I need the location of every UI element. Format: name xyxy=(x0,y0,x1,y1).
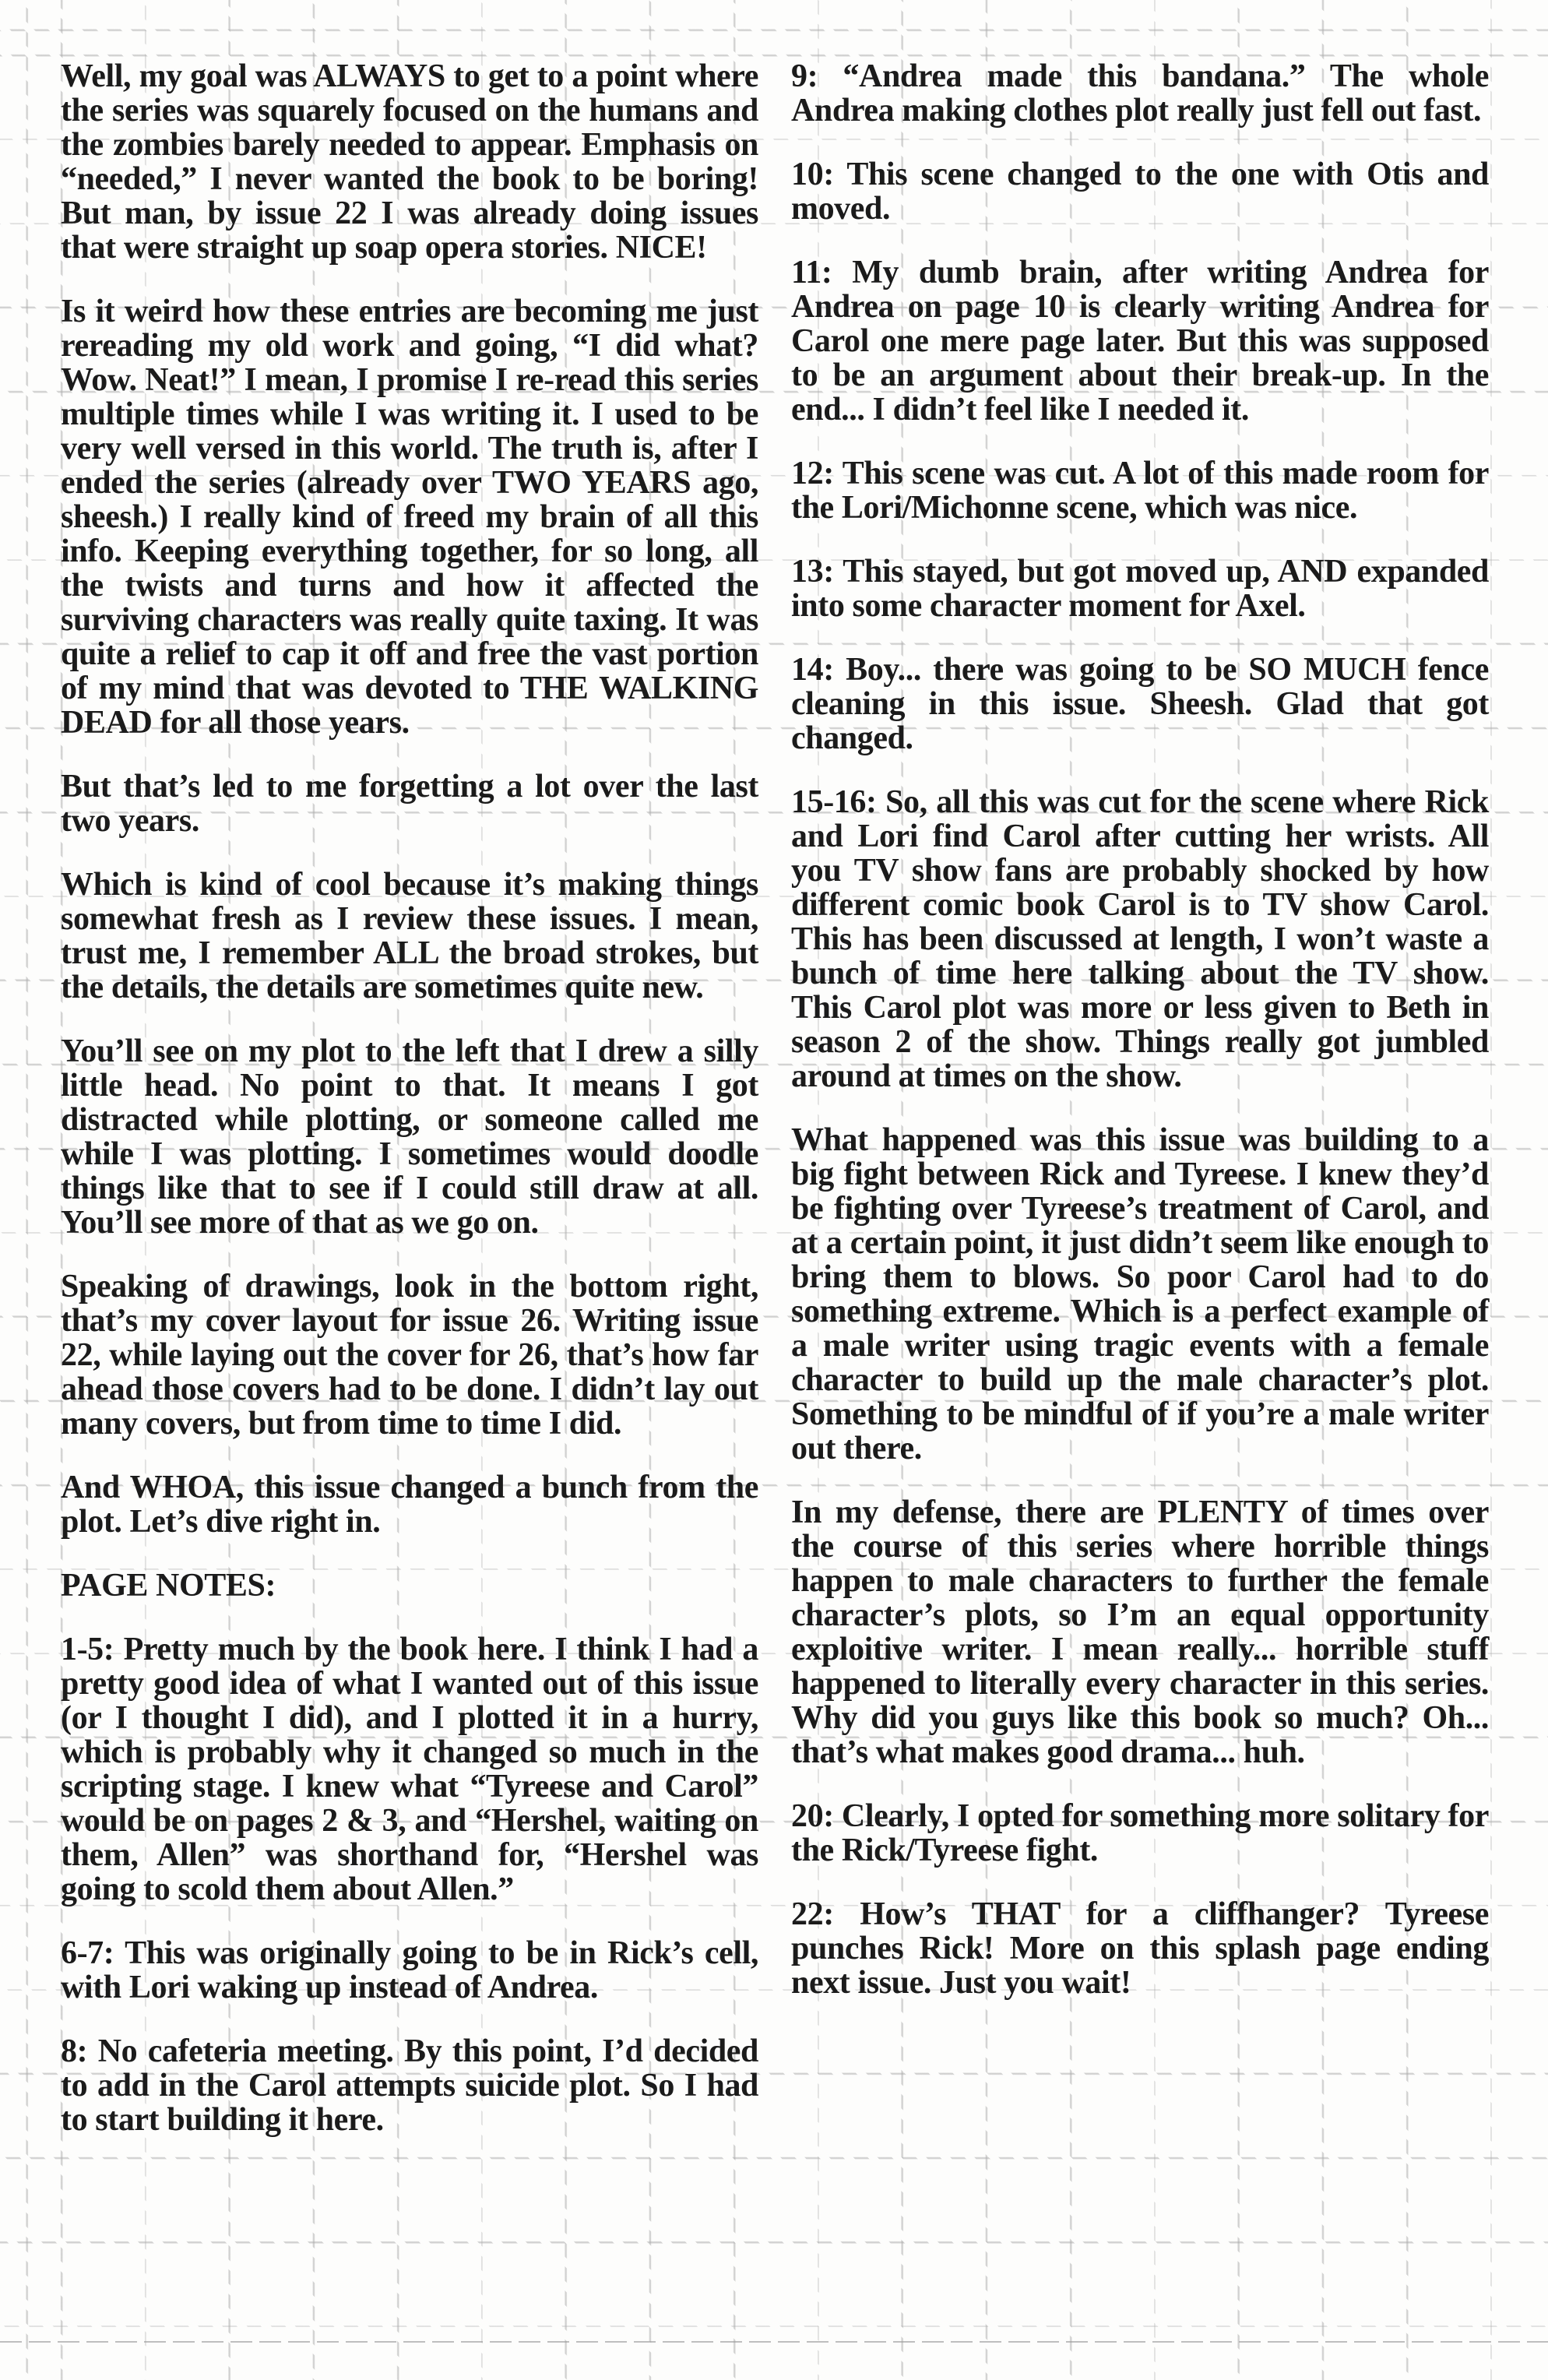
para-rick-tyreese: What happened was this issue was buildin… xyxy=(791,1123,1489,1466)
note-1-5: 1-5: Pretty much by the book here. I thi… xyxy=(61,1632,758,1906)
scanned-commentary-page: Well, my goal was ALWAYS to get to a poi… xyxy=(0,0,1548,2380)
note-13: 13: This stayed, but got moved up, AND e… xyxy=(791,555,1489,623)
para-goal-intro: Well, my goal was ALWAYS to get to a poi… xyxy=(61,59,758,265)
note-15-16: 15-16: So, all this was cut for the scen… xyxy=(791,785,1489,1093)
note-8: 8: No cafeteria meeting. By this point, … xyxy=(61,2034,758,2137)
note-11: 11: My dumb brain, after writing Andrea … xyxy=(791,255,1489,427)
text-columns: Well, my goal was ALWAYS to get to a poi… xyxy=(61,59,1489,2167)
right-column: 9: “Andrea made this bandana.” The whole… xyxy=(791,59,1489,2167)
para-silly-head: You’ll see on my plot to the left that I… xyxy=(61,1034,758,1240)
grid-artifact-line xyxy=(0,2341,1548,2343)
note-6-7: 6-7: This was originally going to be in … xyxy=(61,1936,758,2005)
page-notes-heading: PAGE NOTES: xyxy=(61,1568,758,1603)
note-12: 12: This scene was cut. A lot of this ma… xyxy=(791,456,1489,525)
note-10: 10: This scene changed to the one with O… xyxy=(791,157,1489,226)
para-cover-layout: Speaking of drawings, look in the bottom… xyxy=(61,1269,758,1441)
left-column: Well, my goal was ALWAYS to get to a poi… xyxy=(61,59,758,2167)
para-whoa-changed: And WHOA, this issue changed a bunch fro… xyxy=(61,1470,758,1539)
note-9: 9: “Andrea made this bandana.” The whole… xyxy=(791,59,1489,128)
note-22: 22: How’s THAT for a cliffhanger? Tyrees… xyxy=(791,1897,1489,2000)
note-20: 20: Clearly, I opted for something more … xyxy=(791,1799,1489,1868)
para-forgetting: But that’s led to me forgetting a lot ov… xyxy=(61,769,758,838)
para-kind-of-cool: Which is kind of cool because it’s makin… xyxy=(61,868,758,1005)
para-entries-weird: Is it weird how these entries are becomi… xyxy=(61,294,758,740)
note-14: 14: Boy... there was going to be SO MUCH… xyxy=(791,653,1489,755)
para-in-my-defense: In my defense, there are PLENTY of times… xyxy=(791,1495,1489,1769)
